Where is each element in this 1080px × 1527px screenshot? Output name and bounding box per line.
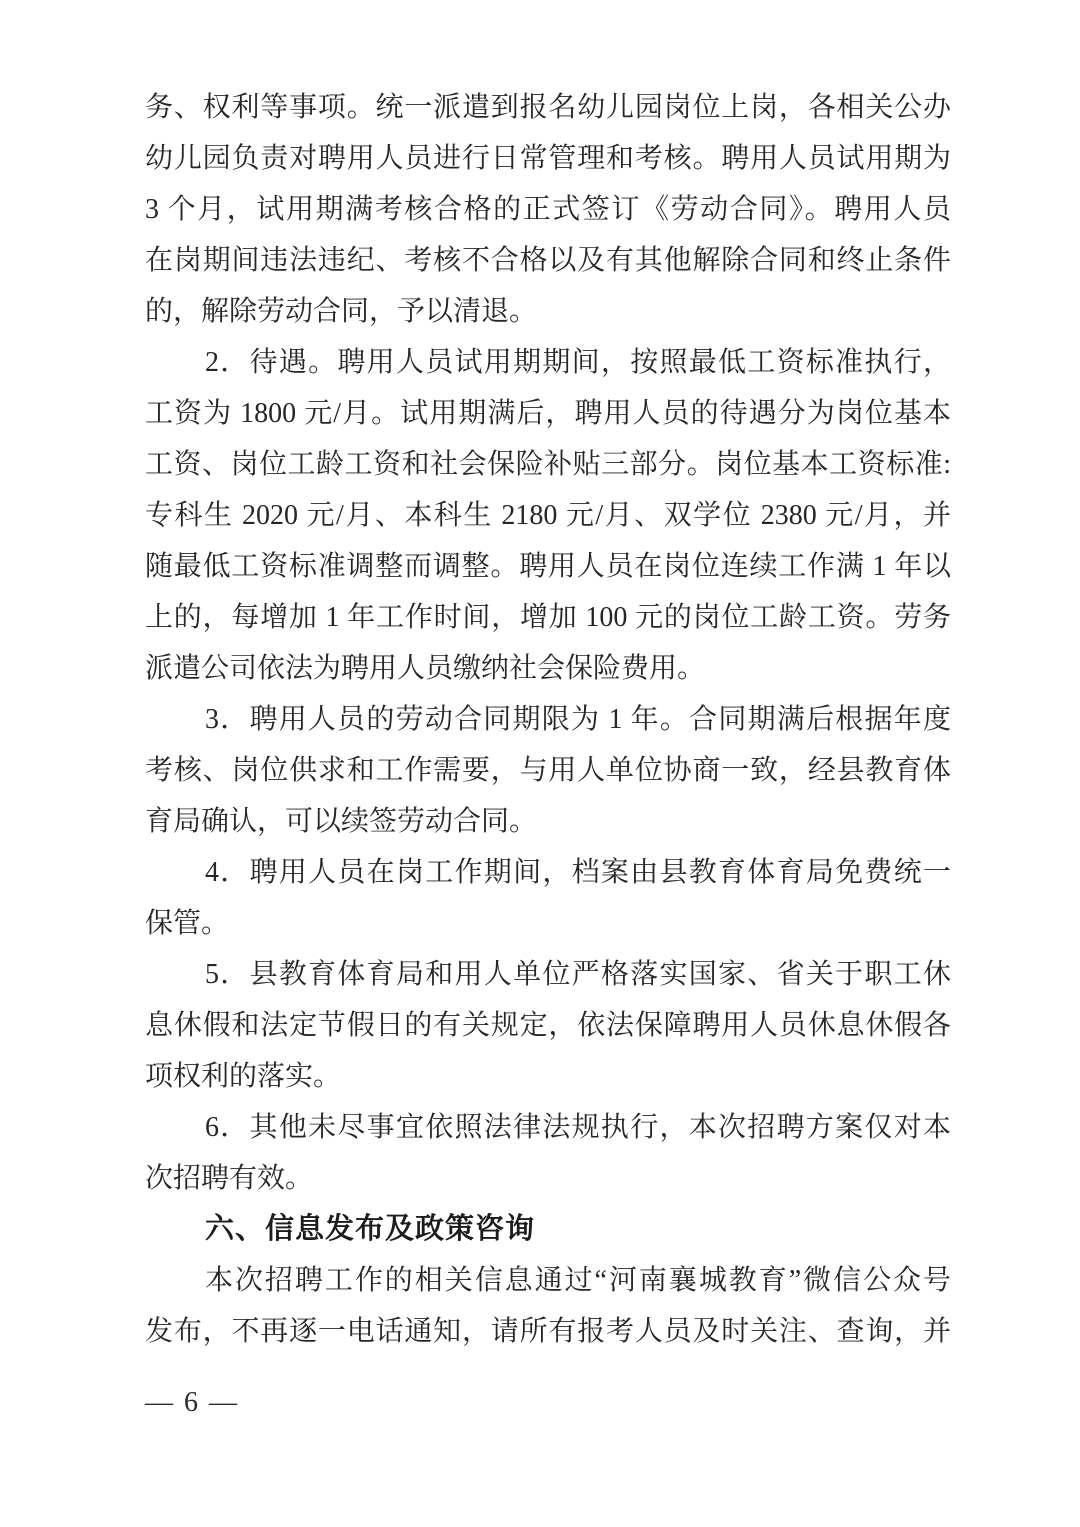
text-line: 随最低工资标准调整而调整。聘用人员在岗位连续工作满 1 年以 xyxy=(145,541,951,592)
text-line: 工资为 1800 元/月。试用期满后，聘用人员的待遇分为岗位基本 xyxy=(145,388,951,439)
text-line: 次招聘有效。 xyxy=(145,1153,951,1204)
text-line: 项权利的落实。 xyxy=(145,1051,951,1102)
text-line: 5．县教育体育局和用人单位严格落实国家、省关于职工休 xyxy=(145,949,951,1000)
text-line: 务、权利等事项。统一派遣到报名幼儿园岗位上岗，各相关公办 xyxy=(145,82,951,133)
page-number-text: — 6 — xyxy=(145,1387,239,1418)
text-line: 3．聘用人员的劳动合同期限为 1 年。合同期满后根据年度 xyxy=(145,694,951,745)
text-line: 本次招聘工作的相关信息通过“河南襄城教育”微信公众号 xyxy=(145,1255,951,1306)
text-line: 派遣公司依法为聘用人员缴纳社会保险费用。 xyxy=(145,643,951,694)
text-line: 的，解除劳动合同，予以清退。 xyxy=(145,286,951,337)
text-line: 发布，不再逐一电话通知，请所有报考人员及时关注、查询，并 xyxy=(145,1306,951,1357)
document-body: 务、权利等事项。统一派遣到报名幼儿园岗位上岗，各相关公办幼儿园负责对聘用人员进行… xyxy=(145,82,951,1357)
text-line: 保管。 xyxy=(145,898,951,949)
text-line: 息休假和法定节假日的有关规定，依法保障聘用人员休息休假各 xyxy=(145,1000,951,1051)
section-heading: 六、信息发布及政策咨询 xyxy=(145,1204,951,1255)
text-line: 育局确认，可以续签劳动合同。 xyxy=(145,796,951,847)
document-page: 务、权利等事项。统一派遣到报名幼儿园岗位上岗，各相关公办幼儿园负责对聘用人员进行… xyxy=(0,0,1080,1527)
page-number: — 6 — xyxy=(145,1382,239,1424)
text-line: 专科生 2020 元/月、本科生 2180 元/月、双学位 2380 元/月，并 xyxy=(145,490,951,541)
text-line: 2．待遇。聘用人员试用期期间，按照最低工资标准执行， xyxy=(145,337,951,388)
text-line: 4．聘用人员在岗工作期间，档案由县教育体育局免费统一 xyxy=(145,847,951,898)
text-line: 幼儿园负责对聘用人员进行日常管理和考核。聘用人员试用期为 xyxy=(145,133,951,184)
text-line: 工资、岗位工龄工资和社会保险补贴三部分。岗位基本工资标准: xyxy=(145,439,951,490)
text-line: 6．其他未尽事宜依照法律法规执行，本次招聘方案仅对本 xyxy=(145,1102,951,1153)
text-line: 考核、岗位供求和工作需要，与用人单位协商一致，经县教育体 xyxy=(145,745,951,796)
text-line: 3 个月，试用期满考核合格的正式签订《劳动合同》。聘用人员 xyxy=(145,184,951,235)
text-line: 在岗期间违法违纪、考核不合格以及有其他解除合同和终止条件 xyxy=(145,235,951,286)
text-line: 上的，每增加 1 年工作时间，增加 100 元的岗位工龄工资。劳务 xyxy=(145,592,951,643)
